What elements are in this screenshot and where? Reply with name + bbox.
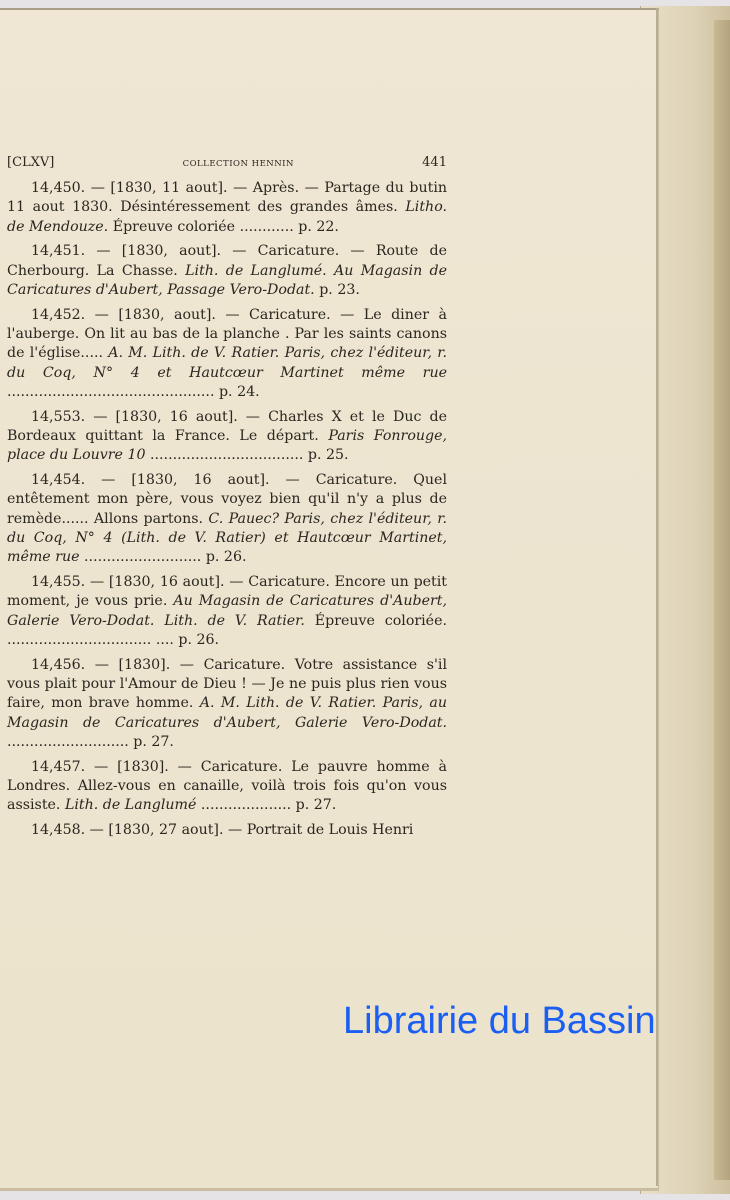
entry-page-ref: p. 22. [298, 219, 339, 235]
entry-date: — [1830, aout]. — [96, 243, 246, 259]
catalog-entry: 14,452. — [1830, aout]. — Caricature. — … [7, 306, 447, 402]
entry-number: 14,452. [31, 307, 85, 323]
entry-page-ref: p. 25. [308, 447, 349, 463]
entry-note: Épreuve coloriée [113, 219, 235, 235]
catalog-entries: 14,450. — [1830, 11 aout]. — Après. — Pa… [7, 179, 447, 841]
catalog-entry: 14,458. — [1830, 27 aout]. — Portrait de… [7, 821, 447, 840]
entry-date: — [1830]. — [94, 759, 192, 775]
entry-leader: .................................. [150, 447, 303, 463]
section-number: [CLXV] [7, 155, 54, 170]
entry-page-ref: p. 23. [319, 282, 360, 298]
entry-leader: ............ [240, 219, 294, 235]
entry-number: 14,451. [31, 243, 85, 259]
entry-page-ref: p. 26. [206, 549, 247, 565]
entry-number: 14,458. [31, 822, 85, 838]
entry-date: — [1830, 16 aout]. — [101, 472, 300, 488]
entry-leader: ........................................… [7, 384, 214, 400]
running-title: COLLECTION HENNIN [183, 159, 294, 169]
entry-date: — [1830]. — [95, 657, 194, 673]
entry-leader: .................... [201, 797, 291, 813]
entry-description: Portrait de Louis Henri [247, 822, 414, 838]
entry-leader: ................................ .... [7, 632, 174, 648]
entry-page-ref: p. 27. [133, 734, 174, 750]
entry-leader: .......................... [84, 549, 201, 565]
entry-number: 14,553. [31, 409, 85, 425]
entry-date: — [1830, 16 aout]. — [93, 409, 260, 425]
catalog-entry: 14,553. — [1830, 16 aout]. — Charles X e… [7, 408, 447, 466]
entry-number: 14,450. [31, 180, 85, 196]
entry-date: — [1830, 16 aout]. — [90, 574, 244, 590]
entry-date: — [1830, aout]. — [95, 307, 240, 323]
page-content: [CLXV] COLLECTION HENNIN 441 14,450. — [… [7, 155, 447, 846]
catalog-entry: 14,455. — [1830, 16 aout]. — Caricature.… [7, 573, 447, 650]
running-head: [CLXV] COLLECTION HENNIN 441 [7, 155, 447, 177]
watermark: Librairie du Bassin [343, 1000, 656, 1043]
entry-number: 14,456. [31, 657, 85, 673]
entry-date: — [1830, 11 aout]. — [91, 180, 248, 196]
page-fold-line [656, 8, 658, 1186]
catalog-entry: 14,451. — [1830, aout]. — Caricature. — … [7, 242, 447, 300]
entry-leader: ........................... [7, 734, 129, 750]
catalog-entry: 14,456. — [1830]. — Caricature. Votre as… [7, 656, 447, 752]
catalog-entry: 14,457. — [1830]. — Caricature. Le pauvr… [7, 758, 447, 816]
deckled-edge [714, 20, 730, 1180]
entry-publisher: Lith. de Langlumé [65, 797, 196, 813]
catalog-entry: 14,454. — [1830, 16 aout]. — Caricature.… [7, 471, 447, 567]
catalog-entry: 14,450. — [1830, 11 aout]. — Après. — Pa… [7, 179, 447, 237]
entry-number: 14,454. [31, 472, 85, 488]
entry-number: 14,457. [31, 759, 85, 775]
entry-number: 14,455. [31, 574, 85, 590]
page-number: 441 [422, 155, 447, 170]
entry-note: Épreuve coloriée. [315, 613, 447, 629]
entry-page-ref: p. 27. [296, 797, 337, 813]
entry-page-ref: p. 24. [219, 384, 260, 400]
entry-date: — [1830, 27 aout]. — [90, 822, 243, 838]
entry-page-ref: p. 26. [178, 632, 219, 648]
